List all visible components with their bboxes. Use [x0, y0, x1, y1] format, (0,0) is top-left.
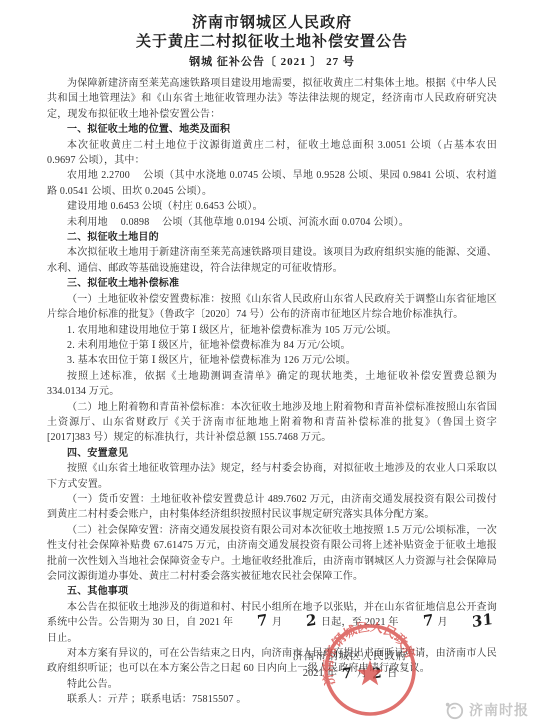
document-title-line2: 关于黄庄二村拟征收土地补偿安置公告	[47, 33, 497, 52]
signature-block: 济南市钢城区人民政府 2021 年7月2日	[270, 648, 430, 680]
handwritten-end-month: 7	[403, 615, 434, 630]
jinan-times-logo-icon	[443, 700, 465, 720]
document-body: 济南市钢城区人民政府 关于黄庄二村拟征收土地补偿安置公告 钢城 征补公告〔 20…	[0, 0, 537, 708]
issuer-name: 济南市钢城区人民政府	[270, 648, 430, 663]
section1-paragraph-2: 农用地 2.2700 公顷（其中水浇地 0.0745 公顷、旱地 0.9528 …	[47, 168, 497, 199]
issue-date-month-label: 月	[357, 668, 368, 679]
issue-date-year: 2021 年	[303, 668, 337, 679]
announcement-page: 济南市钢城区人民政府 关于黄庄二村拟征收土地补偿安置公告 钢城 征补公告〔 20…	[0, 0, 537, 728]
section3-paragraph-1: （一）土地征收补偿安置费标准：按照《山东省人民政府山东省人民政府关于调整山东省征…	[47, 292, 497, 323]
section4-paragraph-2: （一）货币安置：土地征收补偿安置费总计 489.7602 万元，由济南交通发展投…	[47, 492, 497, 523]
paragraph-intro: 为保障新建济南至莱芜高速铁路项目建设用地需要，拟征收黄庄二村集体土地。根据《中华…	[47, 76, 497, 122]
section2-paragraph-1: 本次拟征收土地用于新建济南至莱芜高速铁路项目建设。该项目为政府组织实施的能源、交…	[47, 245, 497, 276]
notice-period-text-d: 月	[437, 617, 447, 628]
notice-period-text-b: 月	[272, 617, 282, 628]
document-title-line1: 济南市钢城区人民政府	[47, 14, 497, 33]
contact-line: 联系人：亓芹 ；联系电话：75815507 。	[47, 692, 497, 707]
section4-paragraph-3: （二）社会保障安置：济南交通发展投资有限公司对本次征收土地按照 1.5 万元/公…	[47, 523, 497, 585]
section3-paragraph-2: 按照上述标准，依据《土地勘测调查清单》确定的现状地类，土地征收补偿安置费总额为 …	[47, 369, 497, 400]
section5-heading: 五、其他事项	[47, 584, 497, 599]
handwritten-issue-month: 7	[342, 668, 352, 680]
handwritten-end-day: 31	[452, 614, 493, 630]
section3-list-item-2: 2. 未利用地位于第 Ⅰ 级区片，征地补偿费标准为 84 万元/公顷。	[47, 338, 497, 353]
document-number: 钢城 征补公告〔 2021 〕 27 号	[47, 55, 497, 70]
section4-heading: 四、安置意见	[47, 446, 497, 461]
section3-heading: 三、拟征收土地补偿标准	[47, 276, 497, 291]
issue-date-day-label: 日	[387, 668, 398, 679]
section1-paragraph-4: 未利用地 0.0898 公顷（其他草地 0.0194 公顷、河流水面 0.070…	[47, 215, 497, 230]
handwritten-start-day: 2	[286, 615, 317, 630]
section3-paragraph-3: （二）地上附着物和青苗补偿标准：本次征收土地涉及地上附着物和青苗补偿标准按照山东…	[47, 400, 497, 446]
issue-date: 2021 年7月2日	[270, 665, 430, 680]
section5-paragraph-1: 本公告在拟征收土地涉及的街道和村、村民小组所在地予以张贴，并在山东省征地信息公开…	[47, 600, 497, 646]
section4-paragraph-1: 按照《山东省土地征收管理办法》规定，经与村委会协商，对拟征收土地涉及的农业人口采…	[47, 461, 497, 492]
notice-period-text-e: 日止。	[47, 633, 78, 644]
notice-period-text-c: 日起，至 2021 年	[321, 617, 399, 628]
handwritten-issue-day: 2	[372, 668, 382, 680]
section1-paragraph-1: 本次征收黄庄二村土地位于汶源街道黄庄二村，征收土地总面积 3.0051 公顷（占…	[47, 138, 497, 169]
section3-list-item-3: 3. 基本农田位于第 Ⅰ 级区片，征地补偿费标准为 126 万元/公顷。	[47, 353, 497, 368]
section3-list-item-1: 1. 农用地和建设用地位于第 Ⅰ 级区片，征地补偿费标准为 105 万元/公顷。	[47, 323, 497, 338]
section2-heading: 二、拟征收土地目的	[47, 230, 497, 245]
watermark-label: 济南时报	[469, 700, 529, 720]
handwritten-start-month: 7	[237, 615, 268, 630]
section1-paragraph-3: 建设用地 0.6453 公顷（村庄 0.6453 公顷）。	[47, 199, 497, 214]
section1-heading: 一、拟征收土地的位置、地类及面积	[47, 122, 497, 137]
jinan-times-watermark: 济南时报	[443, 700, 529, 720]
